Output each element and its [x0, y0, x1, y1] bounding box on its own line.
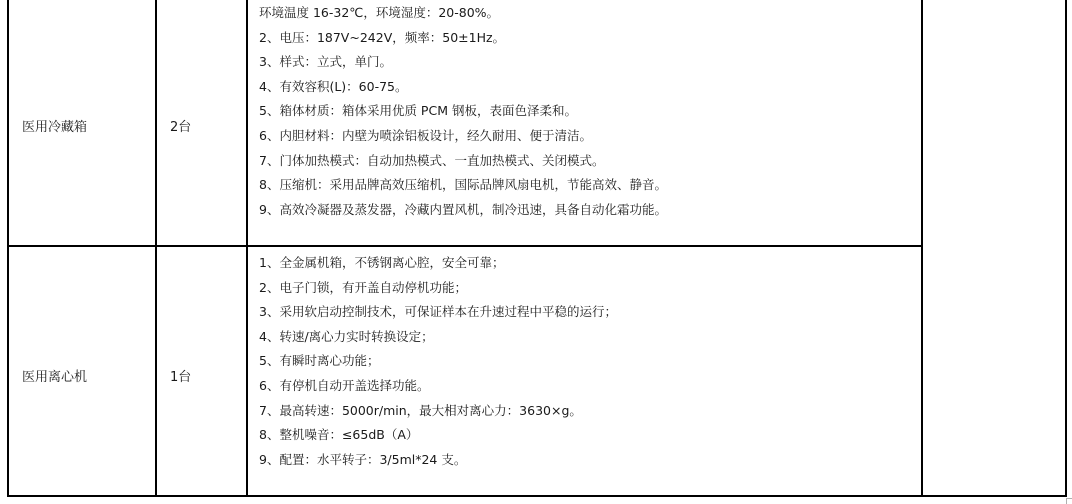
spec-line: 3、采用软启动控制技术，可保证样本在升速过程中平稳的运行；	[259, 300, 617, 325]
item-name-cell: 医用离心机	[22, 366, 87, 385]
spec-list: 1、全金属机箱，不锈钢离心腔，安全可靠； 2、电子门锁，有开盖自动停机功能； 3…	[259, 251, 617, 472]
spec-line: 7、最高转速：5000r/min，最大相对离心力：3630×g。	[259, 399, 617, 424]
item-quantity-cell: 2台	[170, 116, 191, 135]
spec-line: 4、有效容积(L)：60-75。	[259, 75, 667, 100]
spec-line: 8、压缩机：采用品牌高效压缩机，国际品牌风扇电机，节能高效、静音。	[259, 173, 667, 198]
item-quantity-cell: 1台	[170, 366, 191, 385]
table-border-bottom	[7, 495, 1067, 497]
spec-line: 2、电压：187V~242V，频率：50±1Hz。	[259, 26, 667, 51]
column-divider-1	[155, 0, 157, 497]
item-name-cell: 医用冷藏箱	[22, 116, 87, 135]
spec-line: 6、内胆材料：内壁为喷涂铝板设计，经久耐用、便于清洁。	[259, 124, 667, 149]
column-divider-3	[921, 0, 923, 497]
spec-line: 8、整机噪音：≤65dB（A）	[259, 423, 617, 448]
spec-line: 2、电子门锁，有开盖自动停机功能；	[259, 276, 617, 301]
spec-line: 环境温度 16-32℃，环境湿度：20-80%。	[259, 1, 667, 26]
spec-line: 9、配置：水平转子：3/5ml*24 支。	[259, 448, 617, 473]
column-divider-2	[246, 0, 248, 497]
spec-line: 1、全金属机箱，不锈钢离心腔，安全可靠；	[259, 251, 617, 276]
page-corner-mark	[1066, 498, 1072, 504]
spec-list: 环境温度 16-32℃，环境湿度：20-80%。 2、电压：187V~242V，…	[259, 1, 667, 222]
row-divider	[7, 245, 923, 247]
table-border-right	[1065, 0, 1067, 497]
spec-line: 4、转速/离心力实时转换设定；	[259, 325, 617, 350]
spec-line: 9、高效冷凝器及蒸发器，冷藏内置风机，制冷迅速，具备自动化霜功能。	[259, 198, 667, 223]
spec-line: 5、箱体材质：箱体采用优质 PCM 钢板，表面色泽柔和。	[259, 99, 667, 124]
spec-line: 5、有瞬时离心功能；	[259, 349, 617, 374]
spec-line: 3、样式：立式，单门。	[259, 50, 667, 75]
spec-line: 7、门体加热模式：自动加热模式、一直加热模式、关闭模式。	[259, 149, 667, 174]
table-border-left	[7, 0, 9, 497]
spec-line: 6、有停机自动开盖选择功能。	[259, 374, 617, 399]
